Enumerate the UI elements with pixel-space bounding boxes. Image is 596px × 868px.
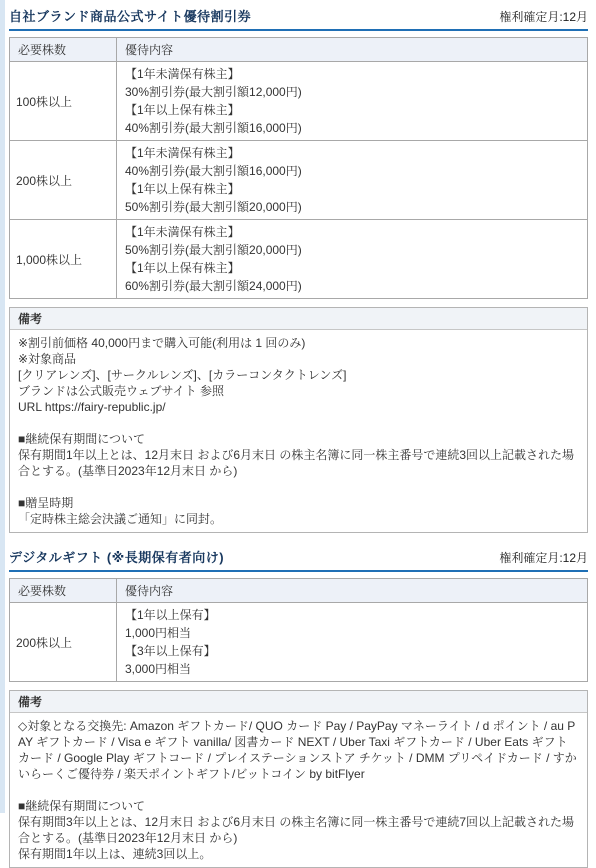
page-left-strip <box>0 0 5 813</box>
remarks-line-blank <box>18 479 579 495</box>
shares-cell: 200株以上 <box>10 141 117 220</box>
column-header-required-shares: 必要株数 <box>10 38 117 62</box>
remarks-body: ◇対象となる交換先: Amazon ギフトカード/ QUO カード Pay / … <box>10 713 587 867</box>
remarks-line: ■贈呈時期 <box>18 495 579 511</box>
benefit-line: 【1年以上保有株主】 <box>125 101 579 119</box>
section-digital-gift: デジタルギフト (※長期保有者向け) 権利確定月:12月 必要株数 優待内容 2… <box>9 545 588 868</box>
remarks-line-blank <box>18 782 579 798</box>
benefit-table: 必要株数 優待内容 100株以上 【1年未満保有株主】 30%割引券(最大割引額… <box>9 37 588 299</box>
benefit-line: 【1年以上保有株主】 <box>125 180 579 198</box>
table-row: 200株以上 【1年未満保有株主】 40%割引券(最大割引額16,000円) 【… <box>10 141 588 220</box>
remarks-header: 備考 <box>10 308 587 330</box>
rights-month-label: 権利確定月:12月 <box>499 549 588 566</box>
benefit-line: 1,000円相当 <box>125 624 579 642</box>
remarks-line: 保有期間3年以上とは、12月末日 および6月末日 の株主名簿に同一株主番号で連続… <box>18 814 579 846</box>
shares-cell: 100株以上 <box>10 62 117 141</box>
benefit-line: 60%割引券(最大割引額24,000円) <box>125 277 579 295</box>
column-header-required-shares: 必要株数 <box>10 579 117 603</box>
benefit-line: 【3年以上保有】 <box>125 642 579 660</box>
table-row: 1,000株以上 【1年未満保有株主】 50%割引券(最大割引額20,000円)… <box>10 220 588 299</box>
benefit-line: 30%割引券(最大割引額12,000円) <box>125 83 579 101</box>
remarks-line-blank <box>18 415 579 431</box>
section-site-discount-coupon: 自社ブランド商品公式サイト優待割引券 権利確定月:12月 必要株数 優待内容 1… <box>9 4 588 533</box>
remarks-line: 保有期間1年以上は、連続3回以上。 <box>18 846 579 862</box>
rights-month-label: 権利確定月:12月 <box>499 8 588 25</box>
table-header-row: 必要株数 優待内容 <box>10 38 588 62</box>
benefit-line: 【1年以上保有株主】 <box>125 259 579 277</box>
remarks-line: 保有期間1年以上とは、12月末日 および6月末日 の株主名簿に同一株主番号で連続… <box>18 447 579 479</box>
benefit-line: 40%割引券(最大割引額16,000円) <box>125 162 579 180</box>
benefit-cell: 【1年未満保有株主】 40%割引券(最大割引額16,000円) 【1年以上保有株… <box>117 141 588 220</box>
remarks-line-exchange-list: ◇対象となる交換先: Amazon ギフトカード/ QUO カード Pay / … <box>18 718 579 782</box>
benefit-line: 3,000円相当 <box>125 660 579 678</box>
benefit-line: 【1年以上保有】 <box>125 606 579 624</box>
column-header-benefit-content: 優待内容 <box>117 579 588 603</box>
remarks-line: ※対象商品 <box>18 351 579 367</box>
shares-cell: 200株以上 <box>10 603 117 682</box>
remarks-line: ブランドは公式販売ウェブサイト 参照 <box>18 383 579 399</box>
remarks-body: ※割引前価格 40,000円まで購入可能(利用は 1 回のみ) ※対象商品 [ク… <box>10 330 587 532</box>
remarks-line-url: URL https://fairy-republic.jp/ <box>18 399 579 415</box>
section-title: デジタルギフト (※長期保有者向け) <box>9 547 224 566</box>
benefit-line: 【1年未満保有株主】 <box>125 144 579 162</box>
benefit-line: 【1年未満保有株主】 <box>125 65 579 83</box>
section-title: 自社ブランド商品公式サイト優待割引券 <box>9 6 251 25</box>
remarks-line: 「定時株主総会決議ご通知」に同封。 <box>18 511 579 527</box>
benefit-line: 【1年未満保有株主】 <box>125 223 579 241</box>
section-header: デジタルギフト (※長期保有者向け) 権利確定月:12月 <box>9 545 588 572</box>
shares-cell: 1,000株以上 <box>10 220 117 299</box>
benefit-line: 50%割引券(最大割引額20,000円) <box>125 198 579 216</box>
table-header-row: 必要株数 優待内容 <box>10 579 588 603</box>
table-row: 200株以上 【1年以上保有】 1,000円相当 【3年以上保有】 3,000円… <box>10 603 588 682</box>
remarks-box: 備考 ※割引前価格 40,000円まで購入可能(利用は 1 回のみ) ※対象商品… <box>9 307 588 533</box>
benefit-line: 40%割引券(最大割引額16,000円) <box>125 119 579 137</box>
page-content: 自社ブランド商品公式サイト優待割引券 権利確定月:12月 必要株数 優待内容 1… <box>9 0 588 868</box>
benefit-line: 50%割引券(最大割引額20,000円) <box>125 241 579 259</box>
remarks-line: ■継続保有期間について <box>18 431 579 447</box>
remarks-box: 備考 ◇対象となる交換先: Amazon ギフトカード/ QUO カード Pay… <box>9 690 588 868</box>
column-header-benefit-content: 優待内容 <box>117 38 588 62</box>
remarks-line: ※割引前価格 40,000円まで購入可能(利用は 1 回のみ) <box>18 335 579 351</box>
benefit-cell: 【1年未満保有株主】 30%割引券(最大割引額12,000円) 【1年以上保有株… <box>117 62 588 141</box>
table-row: 100株以上 【1年未満保有株主】 30%割引券(最大割引額12,000円) 【… <box>10 62 588 141</box>
remarks-line: [クリアレンズ]、[サークルレンズ]、[カラーコンタクトレンズ] <box>18 367 579 383</box>
remarks-header: 備考 <box>10 691 587 713</box>
remarks-line: ■継続保有期間について <box>18 798 579 814</box>
benefit-table: 必要株数 優待内容 200株以上 【1年以上保有】 1,000円相当 【3年以上… <box>9 578 588 682</box>
benefit-cell: 【1年以上保有】 1,000円相当 【3年以上保有】 3,000円相当 <box>117 603 588 682</box>
benefit-cell: 【1年未満保有株主】 50%割引券(最大割引額20,000円) 【1年以上保有株… <box>117 220 588 299</box>
section-header: 自社ブランド商品公式サイト優待割引券 権利確定月:12月 <box>9 4 588 31</box>
